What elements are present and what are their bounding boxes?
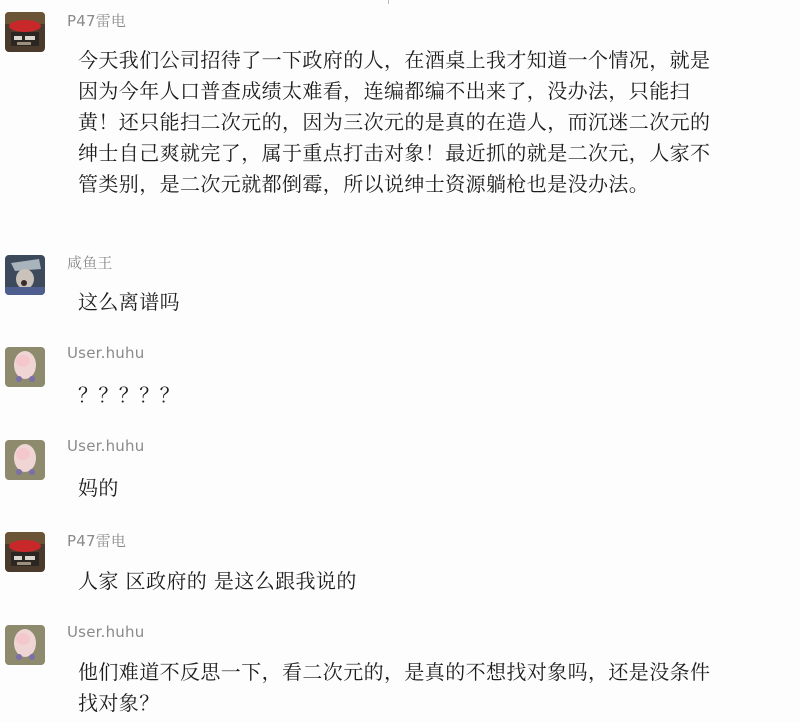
message-text: 妈的 (78, 473, 778, 504)
top-edge-mark (388, 0, 393, 4)
message-line: 管类别，是二次元就都倒霉，所以说绅士资源躺枪也是没办法。 (78, 169, 778, 200)
pink-figure-avatar-icon (5, 625, 45, 665)
sender-name: User.huhu (67, 623, 144, 641)
message-line: 绅士自己爽就完了，属于重点打击对象！最近抓的就是二次元，人家不 (78, 138, 778, 169)
pink-figure-avatar-icon (5, 440, 45, 480)
avatar-p47[interactable] (5, 532, 45, 572)
avatar-user-huhu[interactable] (5, 440, 45, 480)
message-text: 今天我们公司招待了一下政府的人，在酒桌上我才知道一个情况，就是 因为今年人口普查… (78, 45, 778, 200)
message-line: 今天我们公司招待了一下政府的人，在酒桌上我才知道一个情况，就是 (78, 45, 778, 76)
sender-name: User.huhu (67, 344, 144, 362)
avatar-user-huhu[interactable] (5, 625, 45, 665)
message-line: 黄！还只能扫二次元的，因为三次元的是真的在造人，而沉迷二次元的 (78, 107, 778, 138)
sender-name: 咸鱼王 (67, 252, 113, 273)
avatar-p47[interactable] (5, 12, 45, 52)
message-text: 他们难道不反思一下，看二次元的，是真的不想找对象吗，还是没条件 找对象？ (78, 657, 778, 719)
avatar-user-huhu[interactable] (5, 347, 45, 387)
message-line: 这么离谱吗 (78, 287, 778, 318)
message-line: 因为今年人口普查成绩太难看，连编都编不出来了，没办法，只能扫 (78, 76, 778, 107)
sender-name: P47雷电 (67, 530, 126, 551)
avatar-xianyuwang[interactable] (5, 255, 45, 295)
message-line: ？？？？？ (78, 380, 778, 411)
pink-figure-avatar-icon (5, 347, 45, 387)
helmet-avatar-icon (5, 532, 45, 572)
sender-name: P47雷电 (67, 10, 126, 31)
helmet-avatar-icon (5, 12, 45, 52)
message-line: 妈的 (78, 473, 778, 504)
sender-name: User.huhu (67, 437, 144, 455)
message-text: 人家 区政府的 是这么跟我说的 (78, 566, 778, 597)
message-line: 他们难道不反思一下，看二次元的，是真的不想找对象吗，还是没条件 (78, 657, 778, 688)
message-line: 人家 区政府的 是这么跟我说的 (78, 566, 778, 597)
message-line: 找对象？ (78, 688, 778, 719)
anime-face-avatar-icon (5, 255, 45, 295)
message-text: ？？？？？ (78, 380, 778, 411)
message-text: 这么离谱吗 (78, 287, 778, 318)
